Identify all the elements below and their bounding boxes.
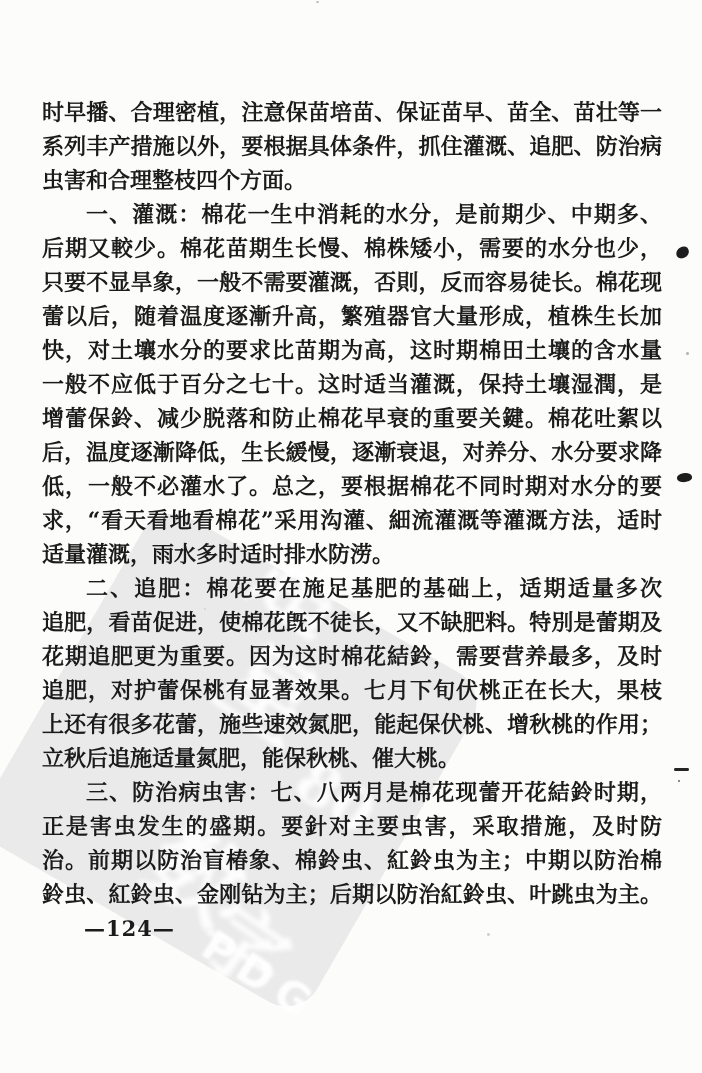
ink-speck: [678, 780, 680, 782]
ink-speck: [686, 352, 689, 355]
text-line: 后期又較少。棉花苗期生长慢、棉株矮小，需要的水分也少，: [42, 232, 662, 266]
text-line: 低，一般不必灌水了。总之，要根据棉花不同时期对水分的要: [42, 470, 662, 504]
page-number: —124—: [84, 916, 175, 941]
text-line: 后，温度逐漸降低，生长緩慢，逐漸衰退，对养分、水分要求降: [42, 436, 662, 470]
text-line-section-topdressing: 二、追肥：棉花要在施足基肥的基础上，适期适量多次: [42, 572, 662, 606]
text-line: 一般不应低于百分之七十。这时适当灌溉，保持土壤湿潤，是: [42, 368, 662, 402]
ink-speck: [487, 933, 490, 936]
text-line: 只要不显旱象，一般不需要灌溉，否則，反而容易徒长。棉花现: [42, 266, 662, 300]
text-line: 立秋后追施适量氮肥，能保秋桃、催大桃。: [42, 742, 662, 776]
text-line: 上还有很多花蕾，施些速效氮肥，能起保伏桃、增秋桃的作用；: [42, 708, 662, 742]
text-line: 适量灌溉，雨水多时适时排水防涝。: [42, 538, 662, 572]
text-line: 追肥，看苗促进，使棉花旣不徒长，又不缺肥料。特別是蕾期及: [42, 606, 662, 640]
ink-speck: [316, 1, 319, 3]
text-line: 追肥，对护蕾保桃有显著效果。七月下旬伏桃正在长大，果枝: [42, 674, 662, 708]
text-line: 花期追肥更为重要。因为这时棉花結鈴，需要营养最多，及时: [42, 640, 662, 674]
ink-speck: [674, 768, 689, 771]
text-line-section-irrigation: 一、灌溉：棉花一生中消耗的水分，是前期少、中期多、: [42, 198, 662, 232]
scanned-page: 超 星 80 数 字 PDG 时早播、合理密植，注意保苗培苗、保证苗早、苗全、苗…: [0, 0, 702, 1073]
text-line: 虫害和合理整枝四个方面。: [42, 164, 662, 198]
text-line: 时早播、合理密植，注意保苗培苗、保证苗早、苗全、苗壮等一: [42, 96, 662, 130]
page-text-block: 时早播、合理密植，注意保苗培苗、保证苗早、苗全、苗壮等一 系列丰产措施以外，要根…: [42, 96, 662, 912]
text-line: 增蕾保鈴、减少脱落和防止棉花早衰的重要关鍵。棉花吐絮以: [42, 402, 662, 436]
text-line: 治。前期以防治盲椿象、棉鈴虫、紅鈴虫为主；中期以防治棉: [42, 844, 662, 878]
text-line-section-pest-control: 三、防治病虫害：七、八两月是棉花现蕾开花結鈴时期，: [42, 776, 662, 810]
text-line: 求，“看天看地看棉花”采用沟灌、細流灌溉等灌溉方法，适时: [42, 504, 662, 538]
text-line: 正是害虫发生的盛期。要針对主要虫害，采取措施，及时防: [42, 810, 662, 844]
text-line: 系列丰产措施以外，要根据具体条件，抓住灌溉、追肥、防治病: [42, 130, 662, 164]
text-line: 鈴虫、紅鈴虫、金刚钻为主；后期以防治紅鈴虫、叶跳虫为主。: [42, 878, 662, 912]
text-line: 蕾以后，随着温度逐漸升高，繁殖器官大量形成，植株生长加: [42, 300, 662, 334]
text-line: 快，对土壤水分的要求比苗期为高，这时期棉田土壤的含水量: [42, 334, 662, 368]
ink-speck: [204, 608, 206, 610]
